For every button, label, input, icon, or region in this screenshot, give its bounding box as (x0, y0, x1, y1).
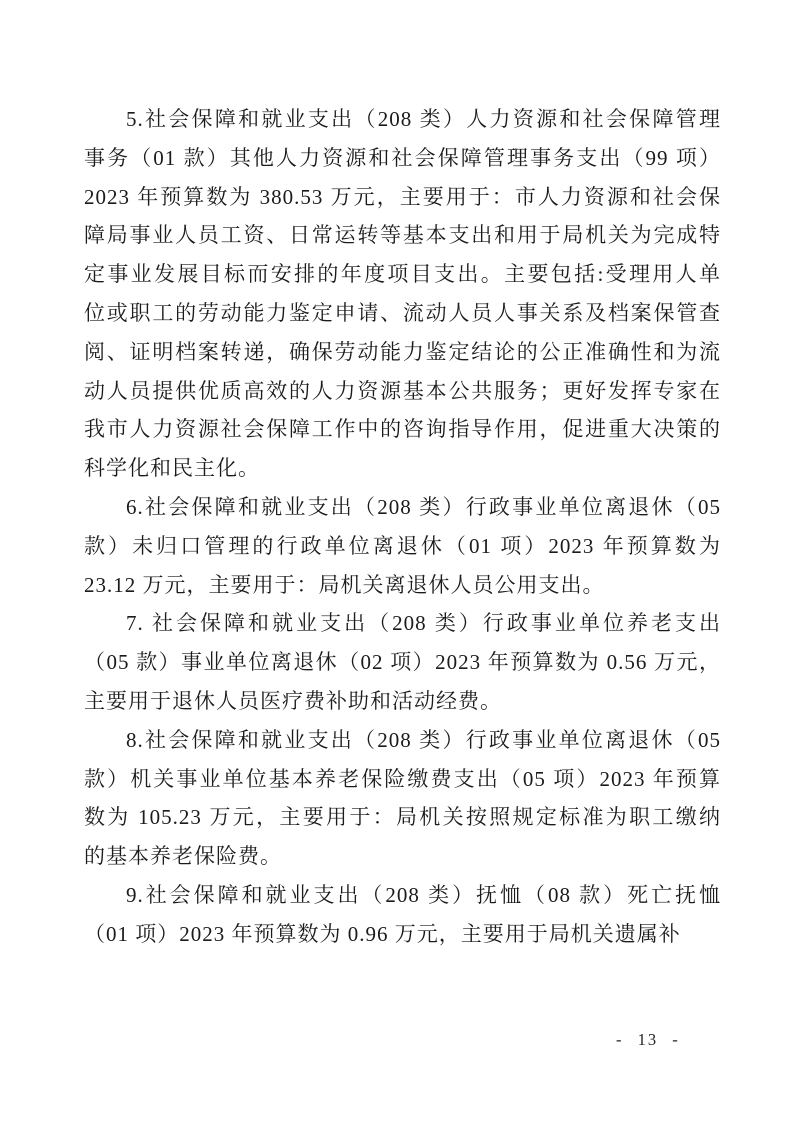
text-line: 定事业发展目标而安排的年度项目支出。主要包括:受理用人单 (84, 255, 721, 294)
text-line: 主要用于退休人员医疗费补助和活动经费。 (84, 682, 721, 721)
paragraph-item-7: 7. 社会保障和就业支出（208 类）行政事业单位养老支出 （05 款）事业单位… (84, 604, 721, 720)
text-line: （01 项）2023 年预算数为 0.96 万元，主要用于局机关遗属补 (84, 915, 721, 954)
text-line: 款）未归口管理的行政单位离退休（01 项）2023 年预算数为 (84, 527, 721, 566)
text-line: 5.社会保障和就业支出（208 类）人力资源和社会保障管理 (84, 100, 721, 139)
document-page: 5.社会保障和就业支出（208 类）人力资源和社会保障管理 事务（01 款）其他… (0, 0, 793, 1122)
text-line: 我市人力资源社会保障工作中的咨询指导作用，促进重大决策的 (84, 410, 721, 449)
text-line: 7. 社会保障和就业支出（208 类）行政事业单位养老支出 (84, 604, 721, 643)
page-number: - 13 - (616, 1030, 680, 1050)
text-line: 障局事业人员工资、日常运转等基本支出和用于局机关为完成特 (84, 216, 721, 255)
text-line: 事务（01 款）其他人力资源和社会保障管理事务支出（99 项） (84, 139, 721, 178)
text-line: （05 款）事业单位离退休（02 项）2023 年预算数为 0.56 万元， (84, 643, 721, 682)
text-line: 8.社会保障和就业支出（208 类）行政事业单位离退休（05 (84, 721, 721, 760)
text-line: 款）机关事业单位基本养老保险缴费支出（05 项）2023 年预算 (84, 760, 721, 799)
text-line: 6.社会保障和就业支出（208 类）行政事业单位离退休（05 (84, 488, 721, 527)
text-line: 9.社会保障和就业支出（208 类）抚恤（08 款）死亡抚恤 (84, 876, 721, 915)
text-line: 阅、证明档案转递，确保劳动能力鉴定结论的公正准确性和为流 (84, 333, 721, 372)
text-line: 动人员提供优质高效的人力资源基本公共服务；更好发挥专家在 (84, 372, 721, 411)
paragraph-item-9: 9.社会保障和就业支出（208 类）抚恤（08 款）死亡抚恤 （01 项）202… (84, 876, 721, 954)
text-line: 23.12 万元，主要用于：局机关离退休人员公用支出。 (84, 566, 721, 605)
text-line: 科学化和民主化。 (84, 449, 721, 488)
paragraph-item-8: 8.社会保障和就业支出（208 类）行政事业单位离退休（05 款）机关事业单位基… (84, 721, 721, 876)
text-line: 的基本养老保险费。 (84, 837, 721, 876)
text-line: 数为 105.23 万元，主要用于：局机关按照规定标准为职工缴纳 (84, 798, 721, 837)
text-line: 2023 年预算数为 380.53 万元，主要用于：市人力资源和社会保 (84, 178, 721, 217)
paragraph-item-5: 5.社会保障和就业支出（208 类）人力资源和社会保障管理 事务（01 款）其他… (84, 100, 721, 488)
paragraph-item-6: 6.社会保障和就业支出（208 类）行政事业单位离退休（05 款）未归口管理的行… (84, 488, 721, 604)
document-body: 5.社会保障和就业支出（208 类）人力资源和社会保障管理 事务（01 款）其他… (84, 100, 721, 954)
text-line: 位或职工的劳动能力鉴定申请、流动人员人事关系及档案保管查 (84, 294, 721, 333)
